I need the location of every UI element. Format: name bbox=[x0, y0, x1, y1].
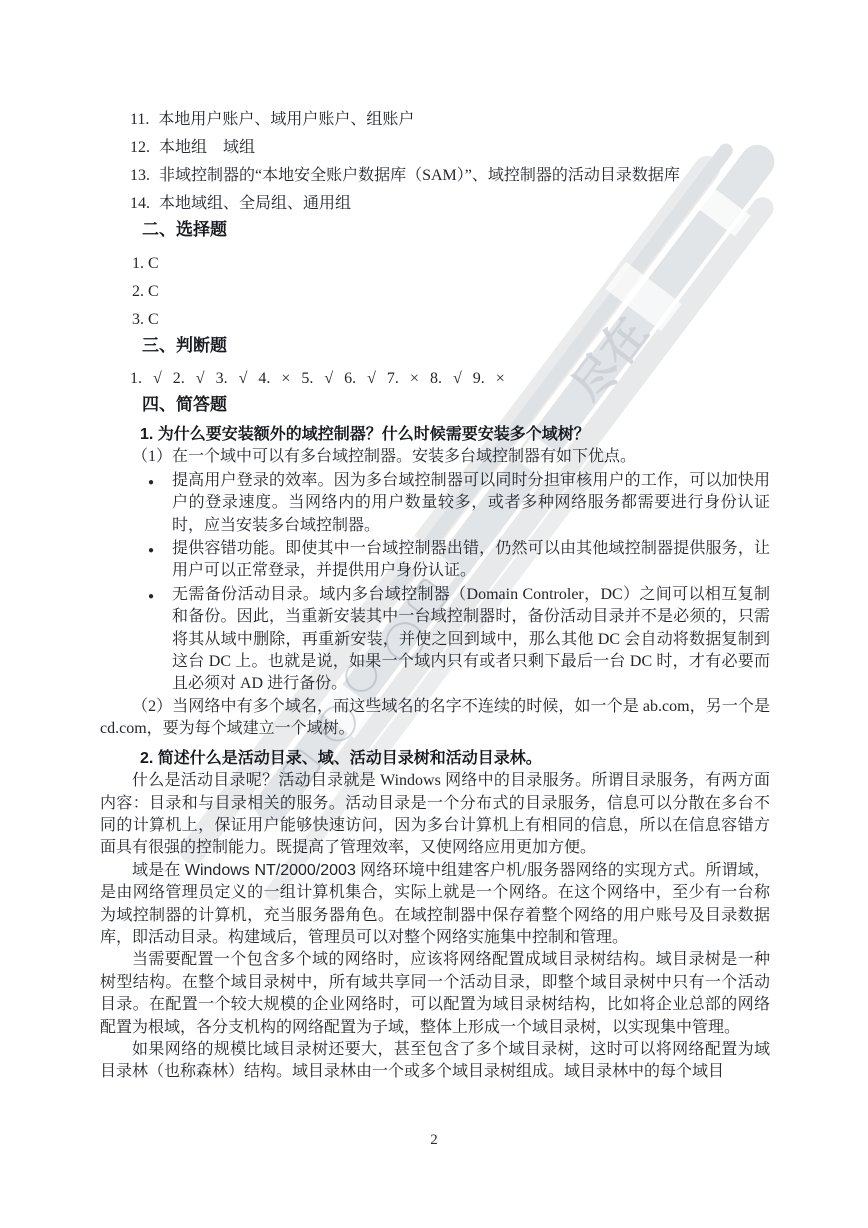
item-number: 12. bbox=[130, 139, 150, 156]
q2-paragraph-1: 什么是活动目录呢？活动目录就是 Windows 网络中的目录服务。所谓目录服务，… bbox=[100, 770, 770, 860]
q2-paragraph-2: 域是在 Windows NT/2000/2003 网络环境中组建客户机/服务器网… bbox=[100, 860, 770, 950]
bullet-text: 提高用户登录的效率。因为多台域控制器可以同时分担审核用户的工作，可以加快用户的登… bbox=[172, 472, 770, 534]
bullet-icon: ● bbox=[148, 586, 154, 608]
q2-p2-prefix: 域是在 bbox=[132, 862, 185, 879]
page-number: 2 bbox=[0, 1132, 868, 1149]
choice-answer: 2. C bbox=[132, 278, 770, 306]
bullet-text: 无需备份活动目录。域内多台域控制器（Domain Controler，DC）之间… bbox=[172, 586, 770, 693]
q2-paragraph-3: 当需要配置一个包含多个域的网络时，应该将网络配置成域目录树结构。域目录树是一种树… bbox=[100, 949, 770, 1039]
question-1: 1. 为什么要安装额外的域控制器？什么时候需要安装多个域树？ bbox=[100, 424, 770, 446]
bullet-item: ●无需备份活动目录。域内多台域控制器（Domain Controler，DC）之… bbox=[172, 584, 770, 696]
item-text: 本地域组、全局组、通用组 bbox=[159, 195, 351, 212]
bullet-item: ●提供容错功能。即使其中一台域控制器出错，仍然可以由其他域控制器提供服务，让用户… bbox=[172, 538, 770, 583]
item-text: 本地用户账户、域用户账户、组账户 bbox=[158, 111, 414, 128]
section-heading-choice: 二、选择题 bbox=[142, 218, 770, 242]
bullet-text: 提供容错功能。即使其中一台域控制器出错，仍然可以由其他域控制器提供服务，让用户可… bbox=[172, 540, 770, 579]
item-number: 11. bbox=[130, 111, 149, 128]
fill-answer-item: 11.本地用户账户、域用户账户、组账户 bbox=[130, 106, 770, 134]
choice-answers: 1. C 2. C 3. C bbox=[100, 250, 770, 334]
fill-answer-item: 14.本地域组、全局组、通用组 bbox=[130, 190, 770, 218]
q2-paragraph-4: 如果网络的规模比域目录树还要大，甚至包含了多个域目录树，这时可以将网络配置为域目… bbox=[100, 1039, 770, 1084]
question-2: 2. 简述什么是活动目录、域、活动目录树和活动目录林。 bbox=[100, 748, 770, 770]
item-text: 本地组 域组 bbox=[159, 139, 255, 156]
q1-bullet-list: ●提高用户登录的效率。因为多台域控制器可以同时分担审核用户的工作，可以加快用户的… bbox=[100, 470, 770, 696]
fill-answer-item: 13.非域控制器的“本地安全账户数据库（SAM）”、域控制器的活动目录数据库 bbox=[130, 162, 770, 190]
q2-p2-os-versions: Windows NT/2000/2003 bbox=[185, 862, 356, 879]
bullet-item: ●提高用户登录的效率。因为多台域控制器可以同时分担审核用户的工作，可以加快用户的… bbox=[172, 470, 770, 537]
fill-answer-item: 12.本地组 域组 bbox=[130, 134, 770, 162]
section-heading-short: 四、简答题 bbox=[142, 393, 770, 417]
choice-answer: 3. C bbox=[132, 306, 770, 334]
item-text: 非域控制器的“本地安全账户数据库（SAM）”、域控制器的活动目录数据库 bbox=[159, 167, 680, 184]
page-content: 11.本地用户账户、域用户账户、组账户 12.本地组 域组 13.非域控制器的“… bbox=[0, 0, 868, 1084]
bullet-icon: ● bbox=[148, 540, 154, 562]
section-heading-judge: 三、判断题 bbox=[142, 334, 770, 358]
item-number: 13. bbox=[130, 167, 150, 184]
q1-paragraph-2: （2）当网络中有多个域名，而这些域名的名字不连续的时候，如一个是 ab.com，… bbox=[100, 696, 770, 741]
item-number: 14. bbox=[130, 195, 150, 212]
judge-answers: 1. √ 2. √ 3. √ 4. × 5. √ 6. √ 7. × 8. √ … bbox=[130, 365, 770, 393]
choice-answer: 1. C bbox=[132, 250, 770, 278]
document-page: 尽在 11.本地用户账户、域用户账户、组账户 12.本地组 域组 13.非域控制… bbox=[0, 0, 868, 1228]
bullet-icon: ● bbox=[148, 472, 154, 494]
q1-paragraph-1: （1）在一个域中可以有多台域控制器。安装多台域控制器有如下优点。 bbox=[100, 446, 770, 468]
